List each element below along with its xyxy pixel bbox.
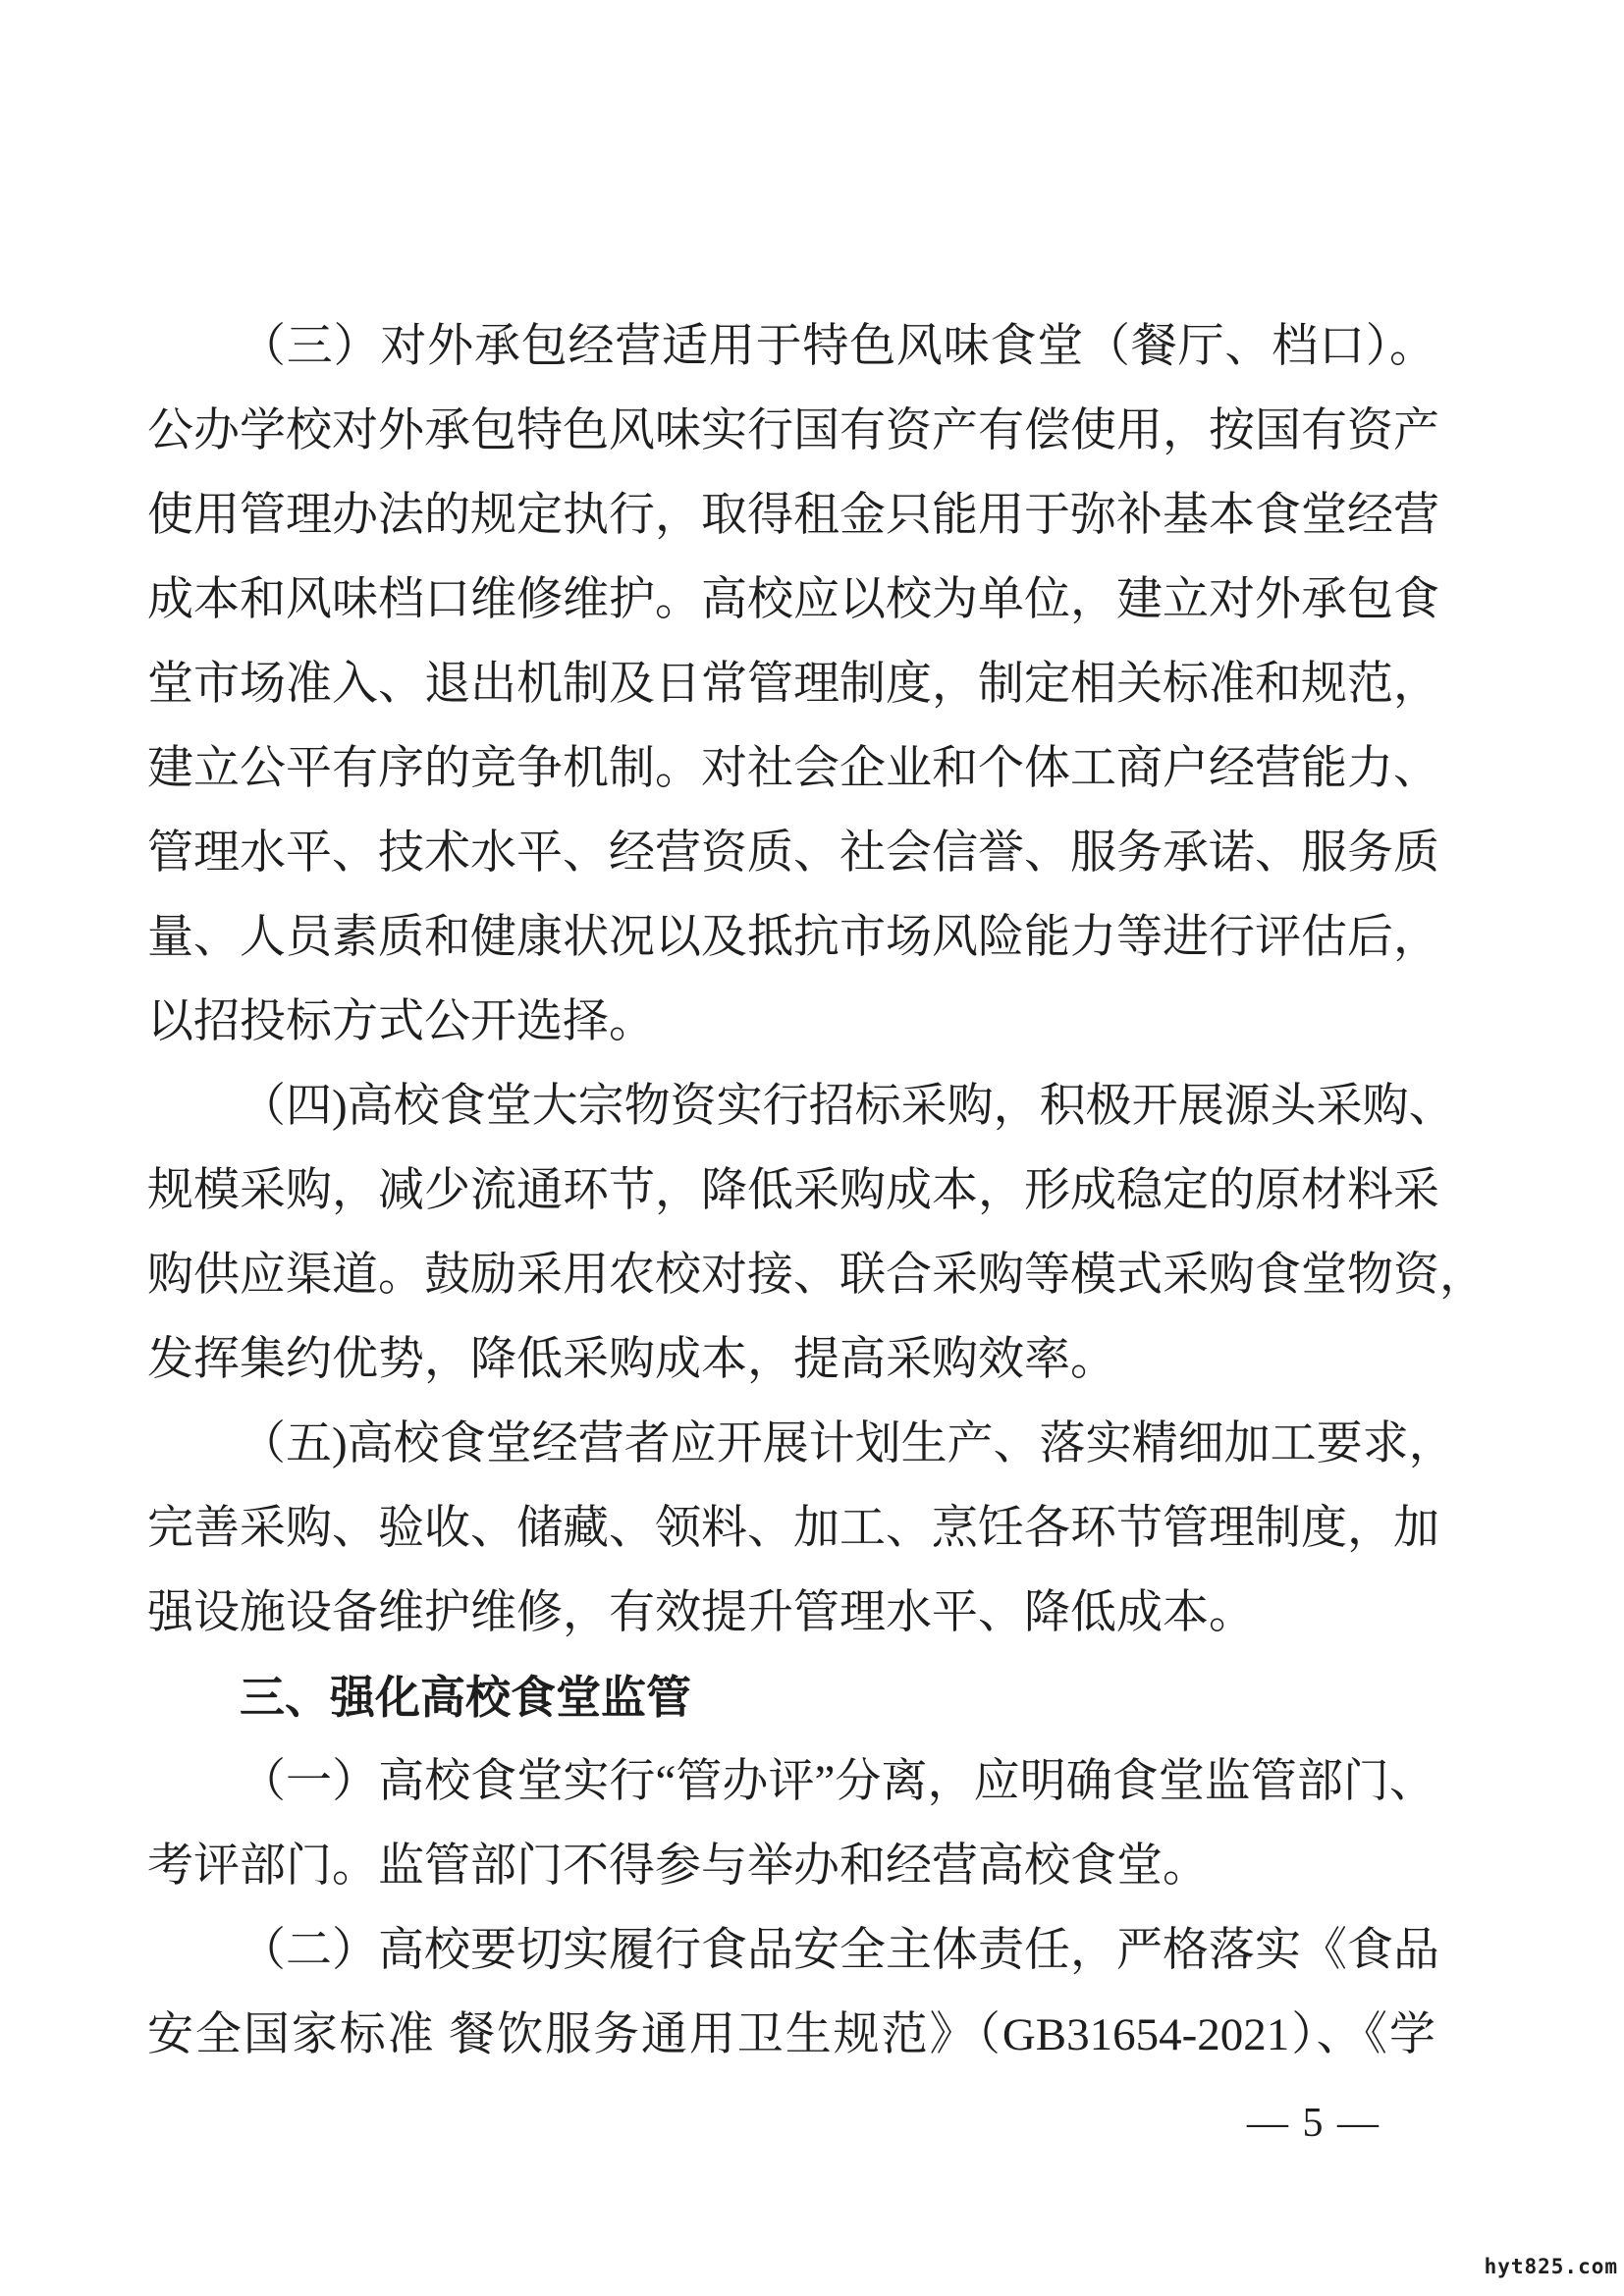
text-line: 量、人员素质和健康状况以及抵抗市场风险能力等进行评估后，: [147, 895, 1435, 980]
text-line: 强设施设备维护维修，有效提升管理水平、降低成本。: [147, 1571, 1435, 1655]
page-number: — 5 —: [1235, 2099, 1392, 2148]
text-line: 建立公平有序的竞争机制。对社会企业和个体工商户经营能力、: [147, 726, 1435, 811]
text-line: 发挥集约优势，降低采购成本，提高采购效率。: [147, 1317, 1435, 1402]
text-line: （二）高校要切实履行食品安全主体责任，严格落实《食品: [147, 1908, 1435, 1993]
text-line: 成本和风味档口维修维护。高校应以校为单位，建立对外承包食: [147, 558, 1435, 642]
text-line: 使用管理办法的规定执行，取得租金只能用于弥补基本食堂经营: [147, 473, 1435, 558]
document-page: （三）对外承包经营适用于特色风味食堂（餐厅、档口）。公办学校对外承包特色风味实行…: [0, 0, 1624, 2296]
text-line: （四)高校食堂大宗物资实行招标采购，积极开展源头采购、: [147, 1064, 1435, 1148]
text-line: （五)高校食堂经营者应开展计划生产、落实精细加工要求，: [147, 1402, 1435, 1486]
text-line: 规模采购，减少流通环节，降低采购成本，形成稳定的原材料采: [147, 1148, 1435, 1233]
text-line: （三）对外承包经营适用于特色风味食堂（餐厅、档口）。: [147, 304, 1435, 389]
text-line: 公办学校对外承包特色风味实行国有资产有偿使用，按国有资产: [147, 389, 1435, 473]
text-line: 堂市场准入、退出机制及日常管理制度，制定相关标准和规范，: [147, 642, 1435, 726]
text-line: 以招投标方式公开选择。: [147, 980, 1435, 1064]
text-line: 完善采购、验收、储藏、领料、加工、烹饪各环节管理制度，加: [147, 1486, 1435, 1571]
document-body: （三）对外承包经营适用于特色风味食堂（餐厅、档口）。公办学校对外承包特色风味实行…: [147, 304, 1435, 2077]
text-line: 购供应渠道。鼓励采用农校对接、联合采购等模式采购食堂物资，: [147, 1233, 1435, 1317]
watermark-text: hyt825.com: [1485, 2255, 1618, 2278]
text-line: 考评部门。监管部门不得参与举办和经营高校食堂。: [147, 1824, 1435, 1908]
text-line: 管理水平、技术水平、经营资质、社会信誉、服务承诺、服务质: [147, 811, 1435, 895]
text-line: 三、强化高校食堂监管: [147, 1655, 1435, 1739]
text-line: （一）高校食堂实行“管办评”分离，应明确食堂监管部门、: [147, 1739, 1435, 1824]
text-line: 安全国家标准 餐饮服务通用卫生规范》（GB31654-2021）、《学: [147, 1993, 1435, 2077]
